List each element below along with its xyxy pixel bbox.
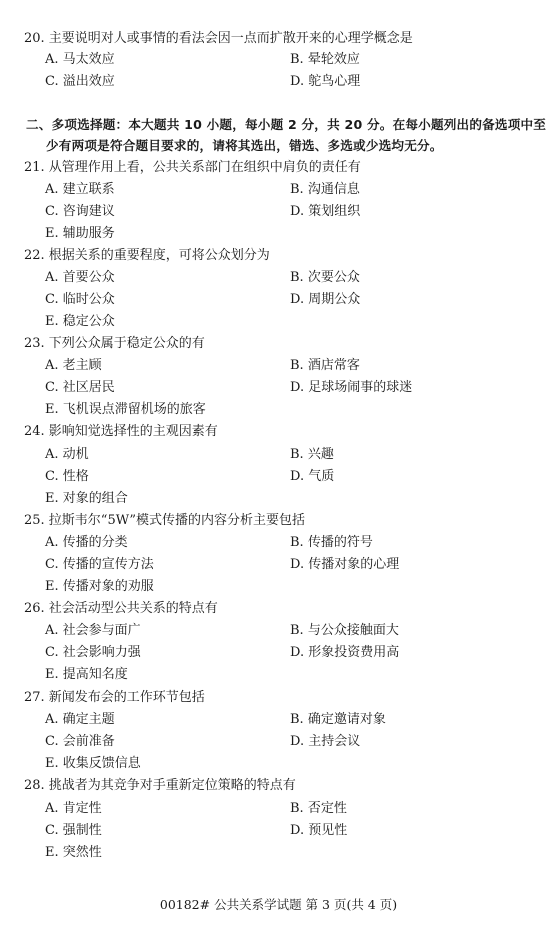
question-21-option-c: C. 咨询建议 bbox=[45, 203, 115, 221]
question-27-option-a: A. 确定主题 bbox=[45, 711, 115, 729]
question-27-option-d: D. 主持会议 bbox=[290, 733, 360, 751]
question-24-option-e: E. 对象的组合 bbox=[45, 490, 128, 508]
question-24-option-c: C. 性格 bbox=[45, 468, 89, 486]
question-20-option-c: C. 溢出效应 bbox=[45, 73, 115, 91]
section-heading-line2: 少有两项是符合题目要求的，请将其选出，错选、多选或少选均无分。 bbox=[46, 137, 443, 155]
question-28-option-b: B. 否定性 bbox=[290, 800, 347, 818]
question-27-option-c: C. 会前准备 bbox=[45, 733, 115, 751]
question-25-option-c: C. 传播的宣传方法 bbox=[45, 556, 154, 574]
question-23-option-c: C. 社区居民 bbox=[45, 379, 115, 397]
question-22-option-a: A. 首要公众 bbox=[45, 269, 115, 287]
question-20-option-a: A. 马太效应 bbox=[45, 51, 115, 69]
question-23-option-a: A. 老主顾 bbox=[45, 357, 102, 375]
question-24-option-d: D. 气质 bbox=[290, 468, 334, 486]
question-27-option-e: E. 收集反馈信息 bbox=[45, 755, 141, 773]
question-22-stem: 22. 根据关系的重要程度，可将公众划分为 bbox=[24, 247, 270, 265]
question-28-option-c: C. 强制性 bbox=[45, 822, 102, 840]
question-28-option-e: E. 突然性 bbox=[45, 844, 102, 862]
question-21-option-e: E. 辅助服务 bbox=[45, 225, 115, 243]
question-27-option-b: B. 确定邀请对象 bbox=[290, 711, 386, 729]
question-21-stem: 21. 从管理作用上看，公共关系部门在组织中肩负的责任有 bbox=[24, 159, 361, 177]
question-25-stem: 25. 拉斯韦尔“5W”模式传播的内容分析主要包括 bbox=[24, 512, 305, 530]
question-23-option-d: D. 足球场闹事的球迷 bbox=[290, 379, 412, 397]
question-21-option-a: A. 建立联系 bbox=[45, 181, 115, 199]
question-21-option-b: B. 沟通信息 bbox=[290, 181, 360, 199]
question-22-option-b: B. 次要公众 bbox=[290, 269, 360, 287]
question-28-option-a: A. 肯定性 bbox=[45, 800, 102, 818]
question-23-stem: 23. 下列公众属于稳定公众的有 bbox=[24, 335, 205, 353]
question-22-option-e: E. 稳定公众 bbox=[45, 313, 115, 331]
question-20-option-b: B. 晕轮效应 bbox=[290, 51, 360, 69]
question-23-option-e: E. 飞机误点滞留机场的旅客 bbox=[45, 401, 206, 419]
question-22-option-c: C. 临时公众 bbox=[45, 291, 115, 309]
question-26-option-a: A. 社会参与面广 bbox=[45, 622, 141, 640]
question-20-stem: 20. 主要说明对人或事情的看法会因一点而扩散开来的心理学概念是 bbox=[24, 30, 413, 48]
question-26-stem: 26. 社会活动型公共关系的特点有 bbox=[24, 600, 218, 618]
question-24-stem: 24. 影响知觉选择性的主观因素有 bbox=[24, 423, 218, 441]
question-26-option-b: B. 与公众接触面大 bbox=[290, 622, 399, 640]
question-25-option-b: B. 传播的符号 bbox=[290, 534, 373, 552]
question-26-option-c: C. 社会影响力强 bbox=[45, 644, 141, 662]
section-heading-line1: 二、多项选择题：本大题共 10 小题，每小题 2 分，共 20 分。在每小题列出… bbox=[26, 116, 546, 134]
question-28-stem: 28. 挑战者为其竞争对手重新定位策略的特点有 bbox=[24, 777, 296, 795]
question-22-option-d: D. 周期公众 bbox=[290, 291, 360, 309]
question-25-option-e: E. 传播对象的劝服 bbox=[45, 578, 154, 596]
question-26-option-d: D. 形象投资费用高 bbox=[290, 644, 399, 662]
question-21-option-d: D. 策划组织 bbox=[290, 203, 360, 221]
question-24-option-a: A. 动机 bbox=[45, 446, 89, 464]
question-24-option-b: B. 兴趣 bbox=[290, 446, 334, 464]
question-26-option-e: E. 提高知名度 bbox=[45, 666, 128, 684]
question-20-option-d: D. 鸵鸟心理 bbox=[290, 73, 360, 91]
page-footer: 00182# 公共关系学试题 第 3 页(共 4 页) bbox=[0, 896, 557, 914]
question-25-option-d: D. 传播对象的心理 bbox=[290, 556, 399, 574]
question-28-option-d: D. 预见性 bbox=[290, 822, 347, 840]
exam-page: 20. 主要说明对人或事情的看法会因一点而扩散开来的心理学概念是 A. 马太效应… bbox=[0, 0, 557, 938]
question-25-option-a: A. 传播的分类 bbox=[45, 534, 128, 552]
question-23-option-b: B. 酒店常客 bbox=[290, 357, 360, 375]
question-27-stem: 27. 新闻发布会的工作环节包括 bbox=[24, 689, 205, 707]
